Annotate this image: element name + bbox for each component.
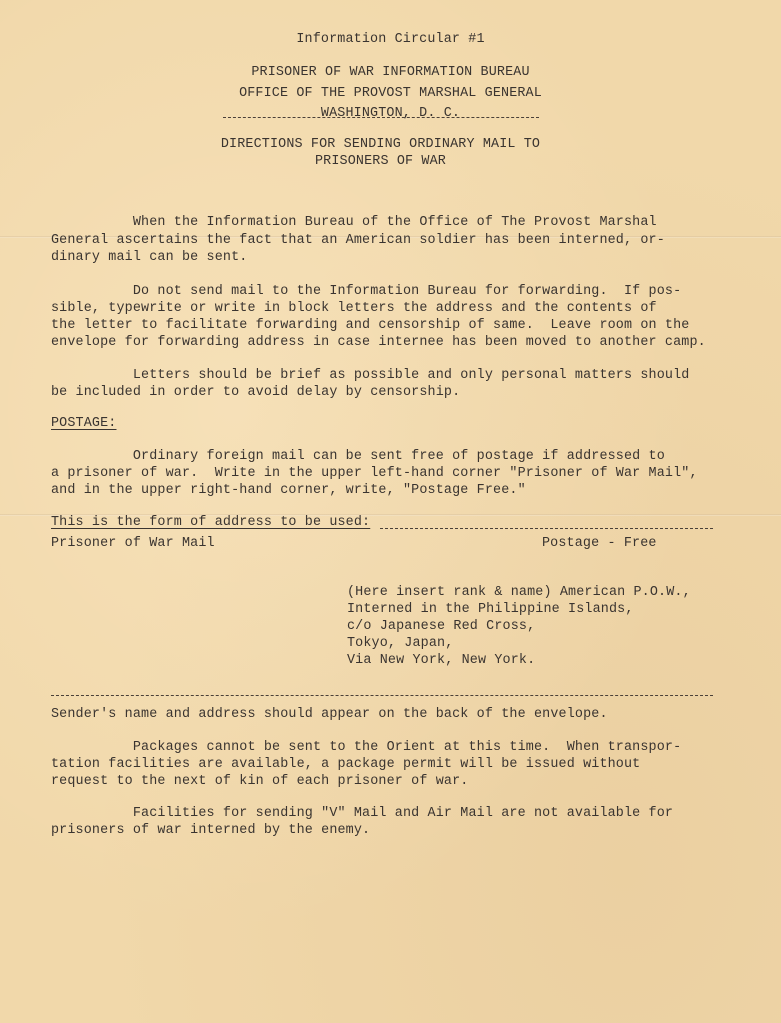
text-line: Packages cannot be sent to the Orient at… <box>51 739 681 756</box>
text-line: sible, typewrite or write in block lette… <box>51 300 657 317</box>
text-line: envelope for forwarding address in case … <box>51 334 706 351</box>
top-rule <box>380 528 713 529</box>
document-title-2: PRISONERS OF WAR <box>0 153 781 170</box>
text-line: the letter to facilitate forwarding and … <box>51 317 689 334</box>
org-name: PRISONER OF WAR INFORMATION BUREAU <box>0 64 781 81</box>
text-line: General ascertains the fact that an Amer… <box>51 232 665 249</box>
text-line: Letters should be brief as possible and … <box>51 367 689 384</box>
bottom-rule <box>51 695 713 696</box>
text-line: tation facilities are available, a packa… <box>51 756 640 773</box>
address-form-intro: This is the form of address to be used: <box>51 514 370 531</box>
org-location: WASHINGTON, D. C. <box>0 105 781 122</box>
org-office: OFFICE OF THE PROVOST MARSHAL GENERAL <box>0 85 781 102</box>
text-line: dinary mail can be sent. <box>51 249 247 266</box>
text-line: a prisoner of war. Write in the upper le… <box>51 465 698 482</box>
address-line: c/o Japanese Red Cross, <box>347 618 535 635</box>
text-line: and in the upper right-hand corner, writ… <box>51 482 526 499</box>
address-line: (Here insert rank & name) American P.O.W… <box>347 584 691 601</box>
text-line: Ordinary foreign mail can be sent free o… <box>51 448 665 465</box>
text-line: request to the next of kin of each priso… <box>51 773 468 790</box>
address-line: Interned in the Philippine Islands, <box>347 601 634 618</box>
text-line: Facilities for sending "V" Mail and Air … <box>51 805 673 822</box>
pow-mail-label: Prisoner of War Mail <box>51 535 215 552</box>
circular-number: Information Circular #1 <box>0 31 781 48</box>
postage-free-label: Postage - Free <box>542 535 657 552</box>
text-line: be included in order to avoid delay by c… <box>51 384 460 401</box>
address-line: Via New York, New York. <box>347 652 535 669</box>
document-title: DIRECTIONS FOR SENDING ORDINARY MAIL TO <box>0 136 781 153</box>
text-line: Do not send mail to the Information Bure… <box>51 283 681 300</box>
header-underline <box>223 117 539 118</box>
sender-instruction: Sender's name and address should appear … <box>51 706 608 723</box>
address-line: Tokyo, Japan, <box>347 635 453 652</box>
text-line: prisoners of war interned by the enemy. <box>51 822 370 839</box>
paper-sheet: Information Circular #1 PRISONER OF WAR … <box>0 0 781 1023</box>
text-line: When the Information Bureau of the Offic… <box>51 214 657 231</box>
postage-heading: POSTAGE: <box>51 415 117 432</box>
